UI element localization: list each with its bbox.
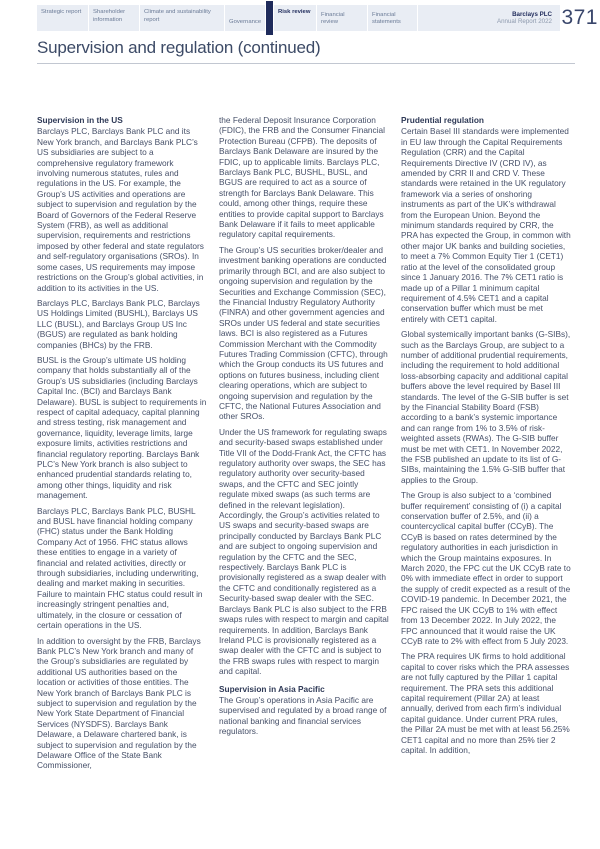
paragraph: the Federal Deposit Insurance Corporatio…: [219, 115, 389, 240]
tab-financial-statements[interactable]: Financial statements: [368, 5, 417, 31]
paragraph: Barclays PLC, Barclays Bank PLC, Barclay…: [37, 298, 207, 350]
tab-risk-review[interactable]: Risk review: [274, 5, 316, 31]
brand-report-name: Annual Report 2022: [497, 18, 552, 25]
report-page: Strategic report Shareholder information…: [0, 0, 600, 849]
tab-financial-review[interactable]: Financial review: [317, 5, 367, 31]
tab-governance[interactable]: Governance: [225, 5, 265, 31]
paragraph: The Group is also subject to a ‘combined…: [401, 490, 571, 646]
column-1: Supervision in the US Barclays PLC, Barc…: [37, 115, 207, 776]
tab-strategic-report[interactable]: Strategic report: [37, 5, 88, 31]
report-brand: Barclays PLC Annual Report 2022: [418, 5, 560, 31]
report-section-tabbar: Strategic report Shareholder information…: [37, 5, 560, 31]
paragraph: Global systemically important banks (G-S…: [401, 329, 571, 485]
section-heading-prudential-regulation: Prudential regulation: [401, 115, 571, 125]
paragraph: Under the US framework for regulating sw…: [219, 427, 389, 677]
brand-company-name: Barclays PLC: [512, 11, 552, 18]
paragraph: Barclays PLC, Barclays Bank PLC and its …: [37, 126, 207, 293]
paragraph: The PRA requires UK firms to hold additi…: [401, 651, 571, 755]
paragraph: Barclays PLC, Barclays Bank PLC, BUSHL a…: [37, 506, 207, 631]
column-3: Prudential regulation Certain Basel III …: [401, 115, 571, 776]
title-divider: [37, 63, 575, 64]
paragraph: The Group’s US securities broker/dealer …: [219, 245, 389, 422]
page-title: Supervision and regulation (continued): [37, 38, 320, 58]
paragraph: BUSL is the Group’s ultimate US holding …: [37, 355, 207, 501]
active-tab-indicator: [266, 1, 273, 35]
tab-climate-and-sustainability-report[interactable]: Climate and sustainability report: [140, 5, 224, 31]
section-heading-supervision-in-asia-pacific: Supervision in Asia Pacific: [219, 684, 389, 694]
body-columns: Supervision in the US Barclays PLC, Barc…: [37, 115, 577, 776]
page-number: 371: [561, 6, 598, 30]
column-2: the Federal Deposit Insurance Corporatio…: [219, 115, 389, 776]
paragraph: Certain Basel III standards were impleme…: [401, 126, 571, 324]
paragraph: In addition to oversight by the FRB, Bar…: [37, 636, 207, 771]
tab-shareholder-information[interactable]: Shareholder information: [89, 5, 139, 31]
paragraph: The Group’s operations in Asia Pacific a…: [219, 695, 389, 737]
section-heading-supervision-in-the-us: Supervision in the US: [37, 115, 207, 125]
